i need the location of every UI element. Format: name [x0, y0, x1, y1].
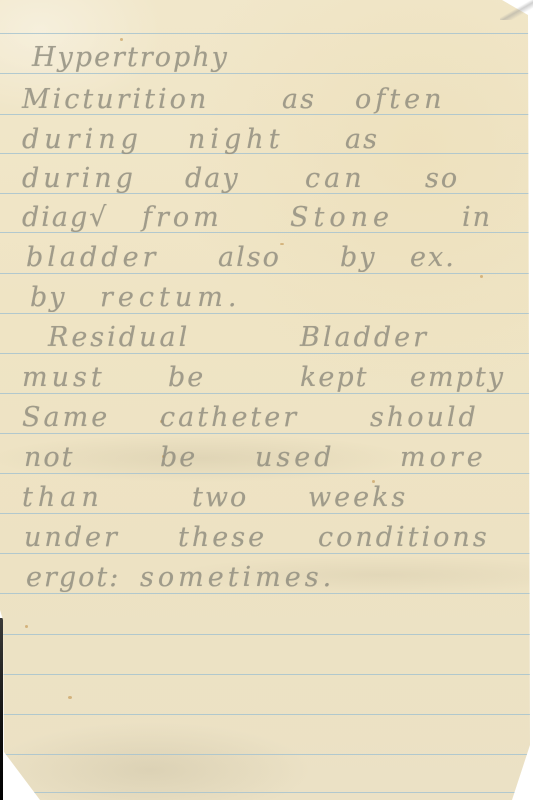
handwritten-word: can — [305, 161, 366, 197]
handwritten-word: night — [188, 122, 285, 158]
handwritten-word: Stone — [290, 200, 394, 236]
handwritten-word: by — [340, 240, 377, 276]
ruled-line — [0, 33, 530, 34]
handwritten-word: day — [185, 161, 240, 197]
handwritten-word: in — [462, 200, 492, 236]
handwritten-word: under — [24, 520, 120, 556]
handwritten-word: Bladder — [300, 320, 429, 356]
paper-stain — [68, 696, 72, 699]
handwritten-word: catheter — [160, 400, 299, 436]
ruled-line — [0, 714, 530, 715]
handwritten-word: Micturition — [22, 82, 209, 118]
handwritten-word: from — [142, 200, 223, 236]
ruled-line — [0, 674, 530, 675]
handwritten-word: not — [24, 440, 75, 476]
paper-stain — [480, 275, 483, 278]
handwritten-word: by — [30, 280, 67, 316]
paper-stain — [25, 625, 28, 628]
handwritten-word: two — [192, 480, 248, 516]
notebook-paper: Hypertrophy Micturition as often during … — [0, 0, 530, 800]
ruled-line — [0, 792, 530, 793]
handwritten-word: more — [400, 440, 487, 476]
handwritten-word: diag√ — [22, 200, 109, 236]
handwritten-word: during — [22, 122, 143, 158]
handwritten-word: than — [22, 480, 104, 516]
handwritten-word: also — [218, 240, 281, 276]
handwritten-word: used — [255, 440, 336, 476]
handwritten-word: conditions — [318, 520, 490, 556]
ruled-line — [0, 313, 530, 314]
handwritten-word: be — [168, 360, 205, 396]
scanned-page: Hypertrophy Micturition as often during … — [0, 0, 533, 800]
handwritten-word: ex. — [410, 240, 456, 276]
handwritten-word: during — [22, 161, 137, 197]
handwritten-word: these — [178, 520, 267, 556]
handwritten-word: ergot: — [26, 560, 120, 596]
handwritten-word: often — [355, 82, 445, 118]
handwritten-word: rectum. — [100, 280, 241, 316]
handwritten-word: be — [160, 440, 197, 476]
handwritten-word: kept — [300, 360, 368, 396]
ruled-line — [0, 754, 530, 755]
handwritten-word: Residual — [48, 320, 190, 356]
handwritten-word: sometimes. — [140, 560, 335, 596]
handwritten-word: Hypertrophy — [32, 40, 229, 76]
handwritten-word: bladder — [26, 240, 159, 276]
handwritten-word: as — [345, 122, 379, 158]
handwritten-word: empty — [410, 360, 505, 396]
handwritten-word: so — [425, 161, 459, 197]
handwritten-word: should — [370, 400, 479, 436]
scan-edge-shadow — [0, 618, 3, 800]
handwritten-word: must — [22, 360, 106, 396]
handwritten-word: Same — [22, 400, 110, 436]
handwritten-word: as — [282, 82, 316, 118]
handwritten-word: weeks — [308, 480, 408, 516]
ruled-line — [0, 634, 530, 635]
